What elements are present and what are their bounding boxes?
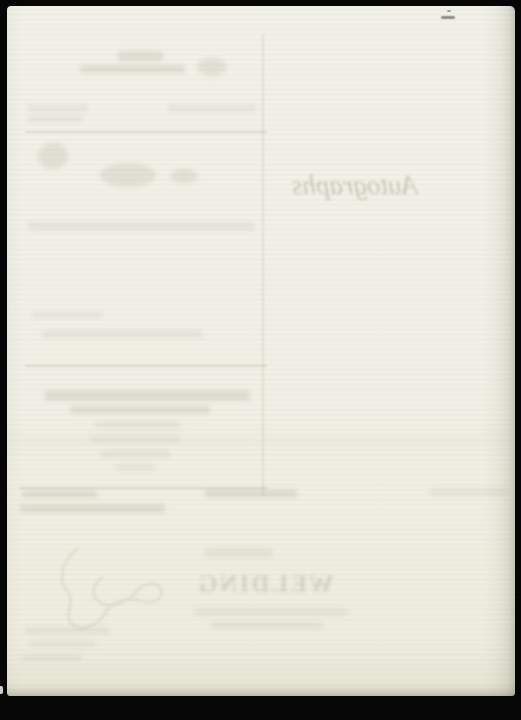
ghost-row-divider — [25, 365, 267, 367]
ghost-text-block — [205, 489, 297, 498]
ghost-text-block — [90, 436, 180, 443]
ghost-text-block — [168, 105, 256, 112]
ghost-text-block — [22, 655, 82, 661]
ghost-text-block — [205, 548, 273, 558]
ghost-row-divider — [19, 487, 267, 489]
ghost-text-block — [100, 451, 170, 458]
ghost-welding-text: WELDING — [190, 569, 340, 601]
ghost-text-block — [30, 641, 95, 647]
ghost-image-blob — [170, 169, 198, 183]
scanner-background: Autographs WELDING — [0, 0, 521, 720]
smudge-mark — [441, 16, 455, 19]
ghost-illustration-squiggle — [49, 539, 194, 639]
ghost-text-block — [115, 464, 155, 471]
ghost-text-block — [118, 51, 163, 61]
ghost-image-blob — [197, 58, 227, 76]
ghost-text-block — [20, 504, 165, 513]
ghost-text-block — [32, 312, 102, 318]
ghost-text-block — [70, 406, 210, 414]
ghost-text-block — [28, 116, 83, 122]
smudge-dot — [447, 10, 451, 12]
scanned-page: Autographs WELDING — [7, 6, 515, 696]
ghost-text-block — [42, 330, 202, 338]
ghost-text-block — [28, 222, 254, 231]
ghost-text-block — [430, 488, 508, 496]
ghost-text-block — [210, 622, 322, 629]
ghost-row-divider — [25, 131, 267, 133]
ghost-text-block — [195, 608, 347, 616]
scan-edge-notch — [0, 686, 3, 694]
ghost-autographs-text: Autographs — [285, 166, 425, 204]
ghost-text-block — [28, 105, 88, 112]
ghost-text-block — [22, 490, 97, 498]
ghost-column-divider — [262, 34, 264, 496]
ghost-text-block — [25, 627, 110, 634]
ghost-seal-blob — [38, 143, 68, 169]
ghost-text-block — [95, 421, 180, 428]
ghost-image-blob — [100, 163, 156, 187]
ghost-text-block — [80, 65, 185, 73]
ghost-text-block — [45, 390, 250, 401]
